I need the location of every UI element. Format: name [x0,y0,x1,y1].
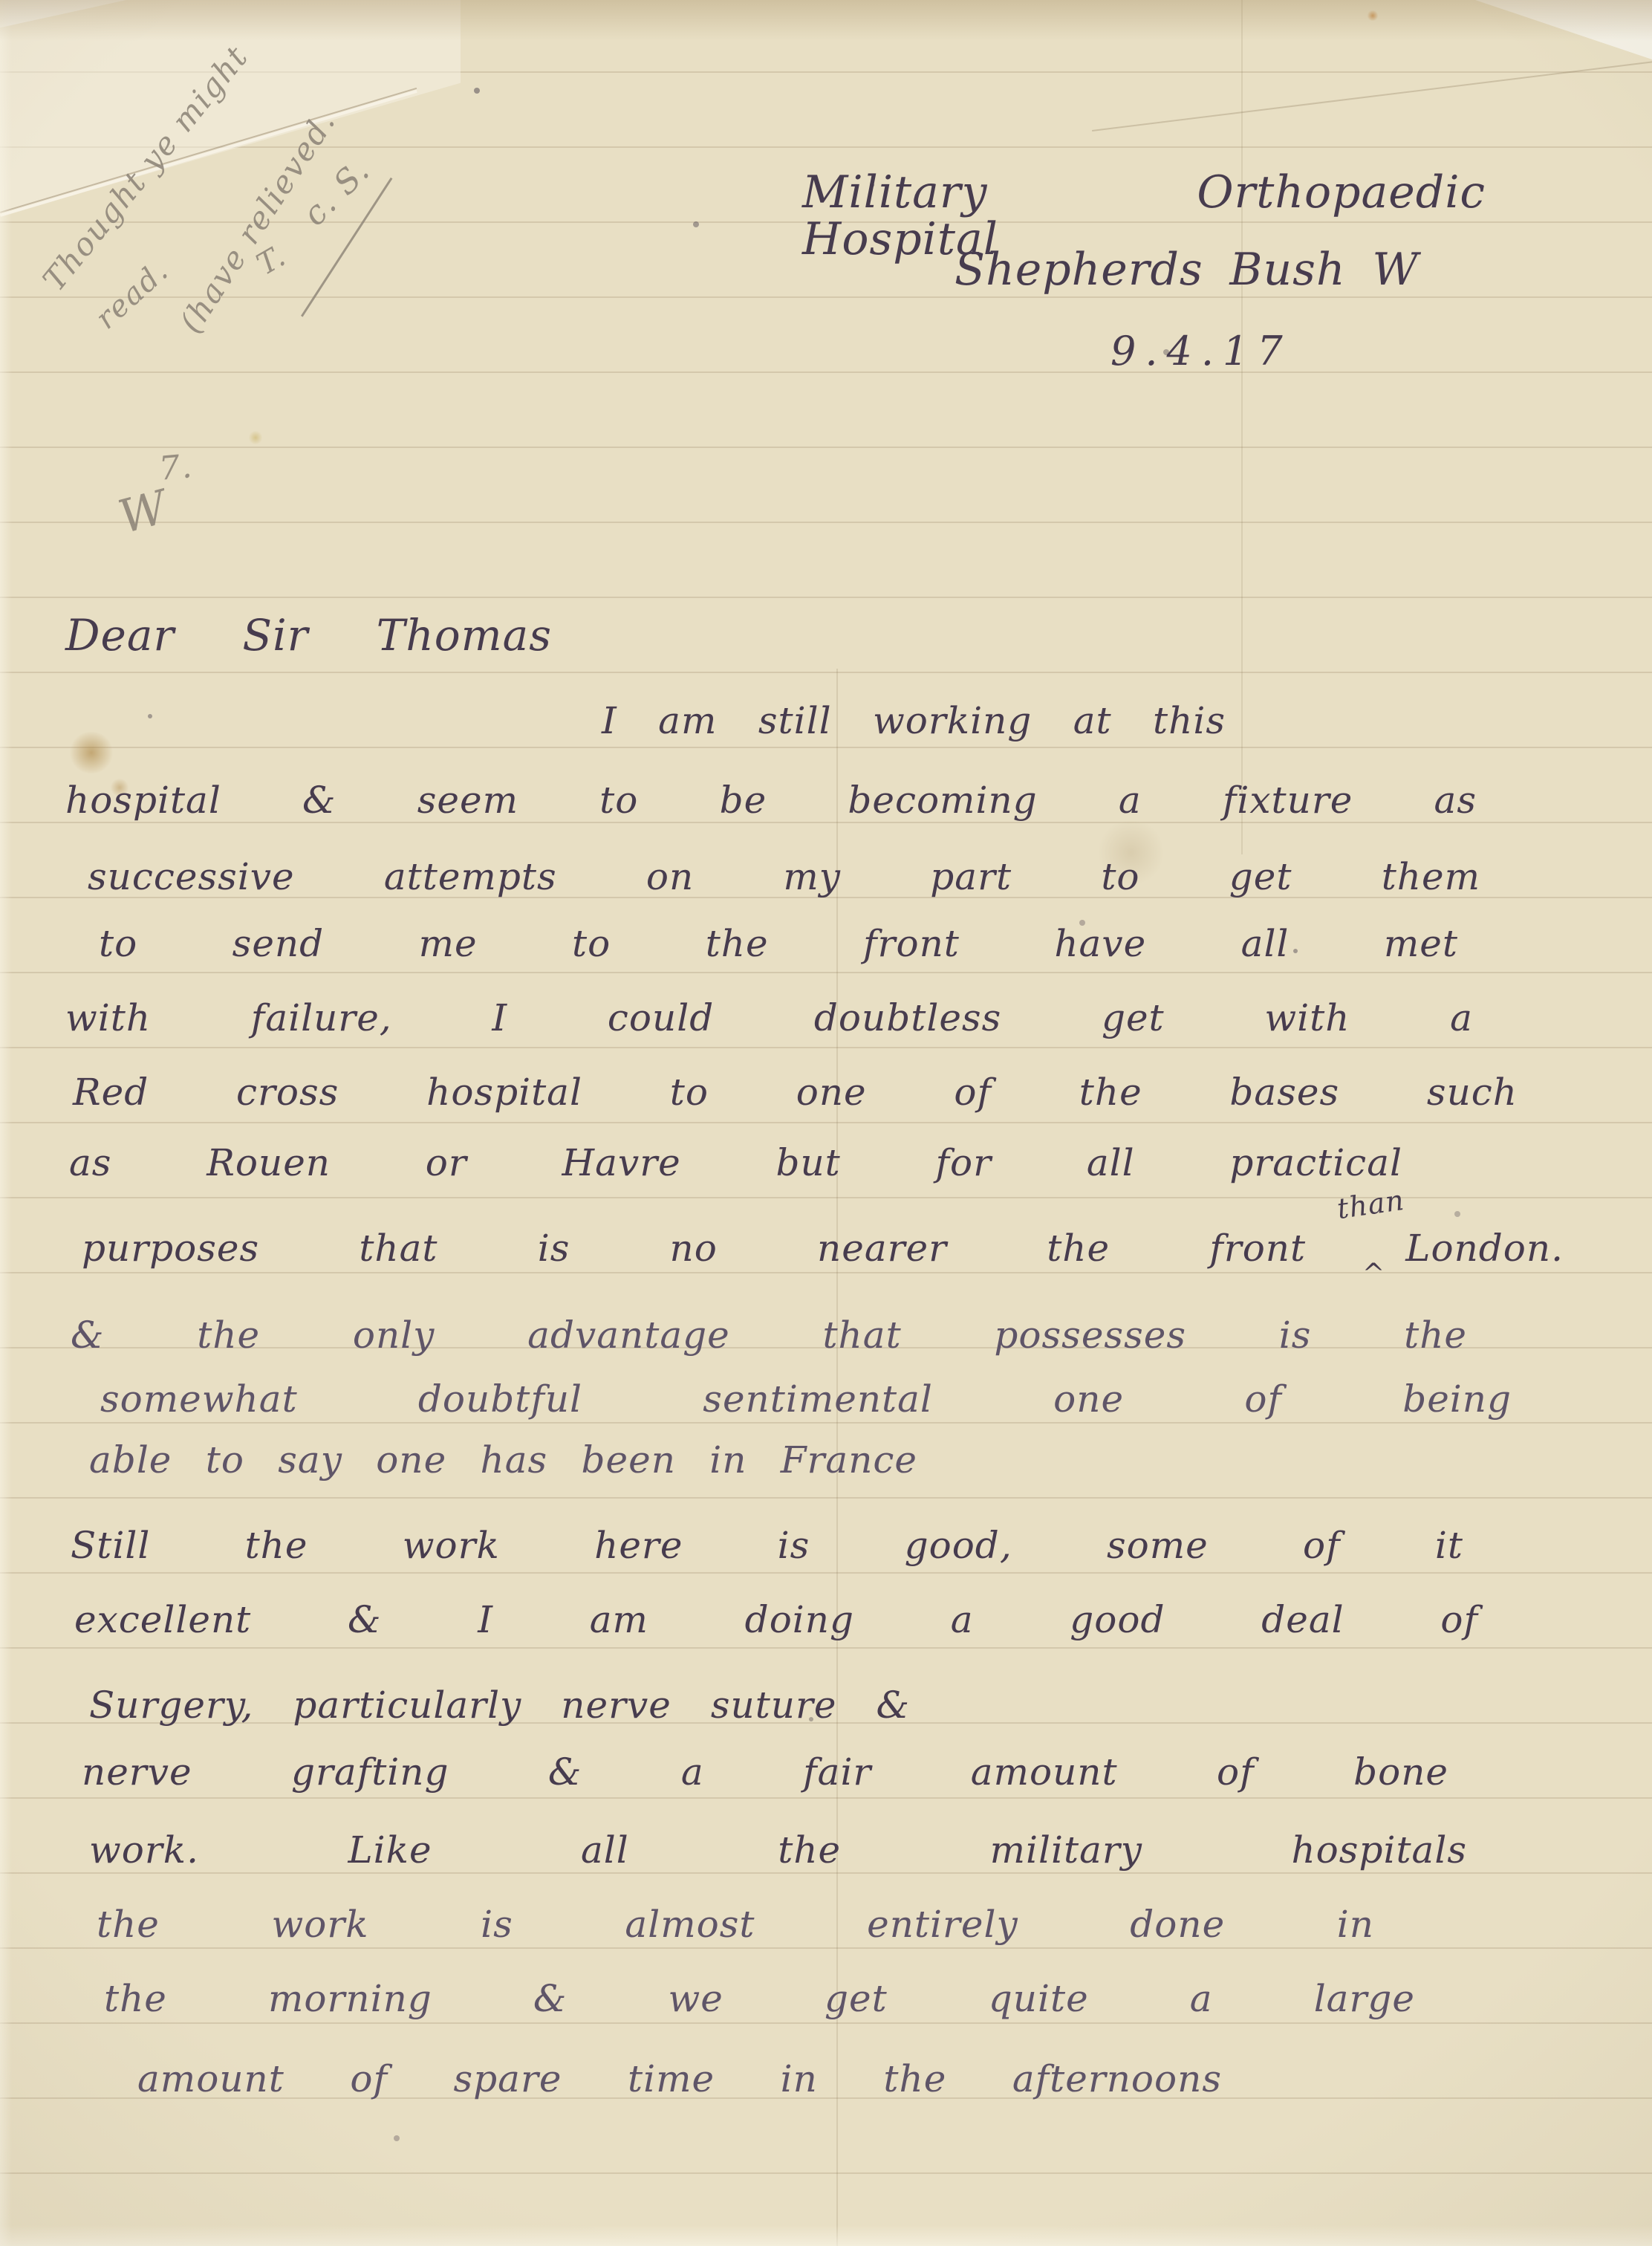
paper-vignette [0,0,1652,2246]
letter-page: Thought ye might (have relieved. read. T… [0,0,1652,2246]
